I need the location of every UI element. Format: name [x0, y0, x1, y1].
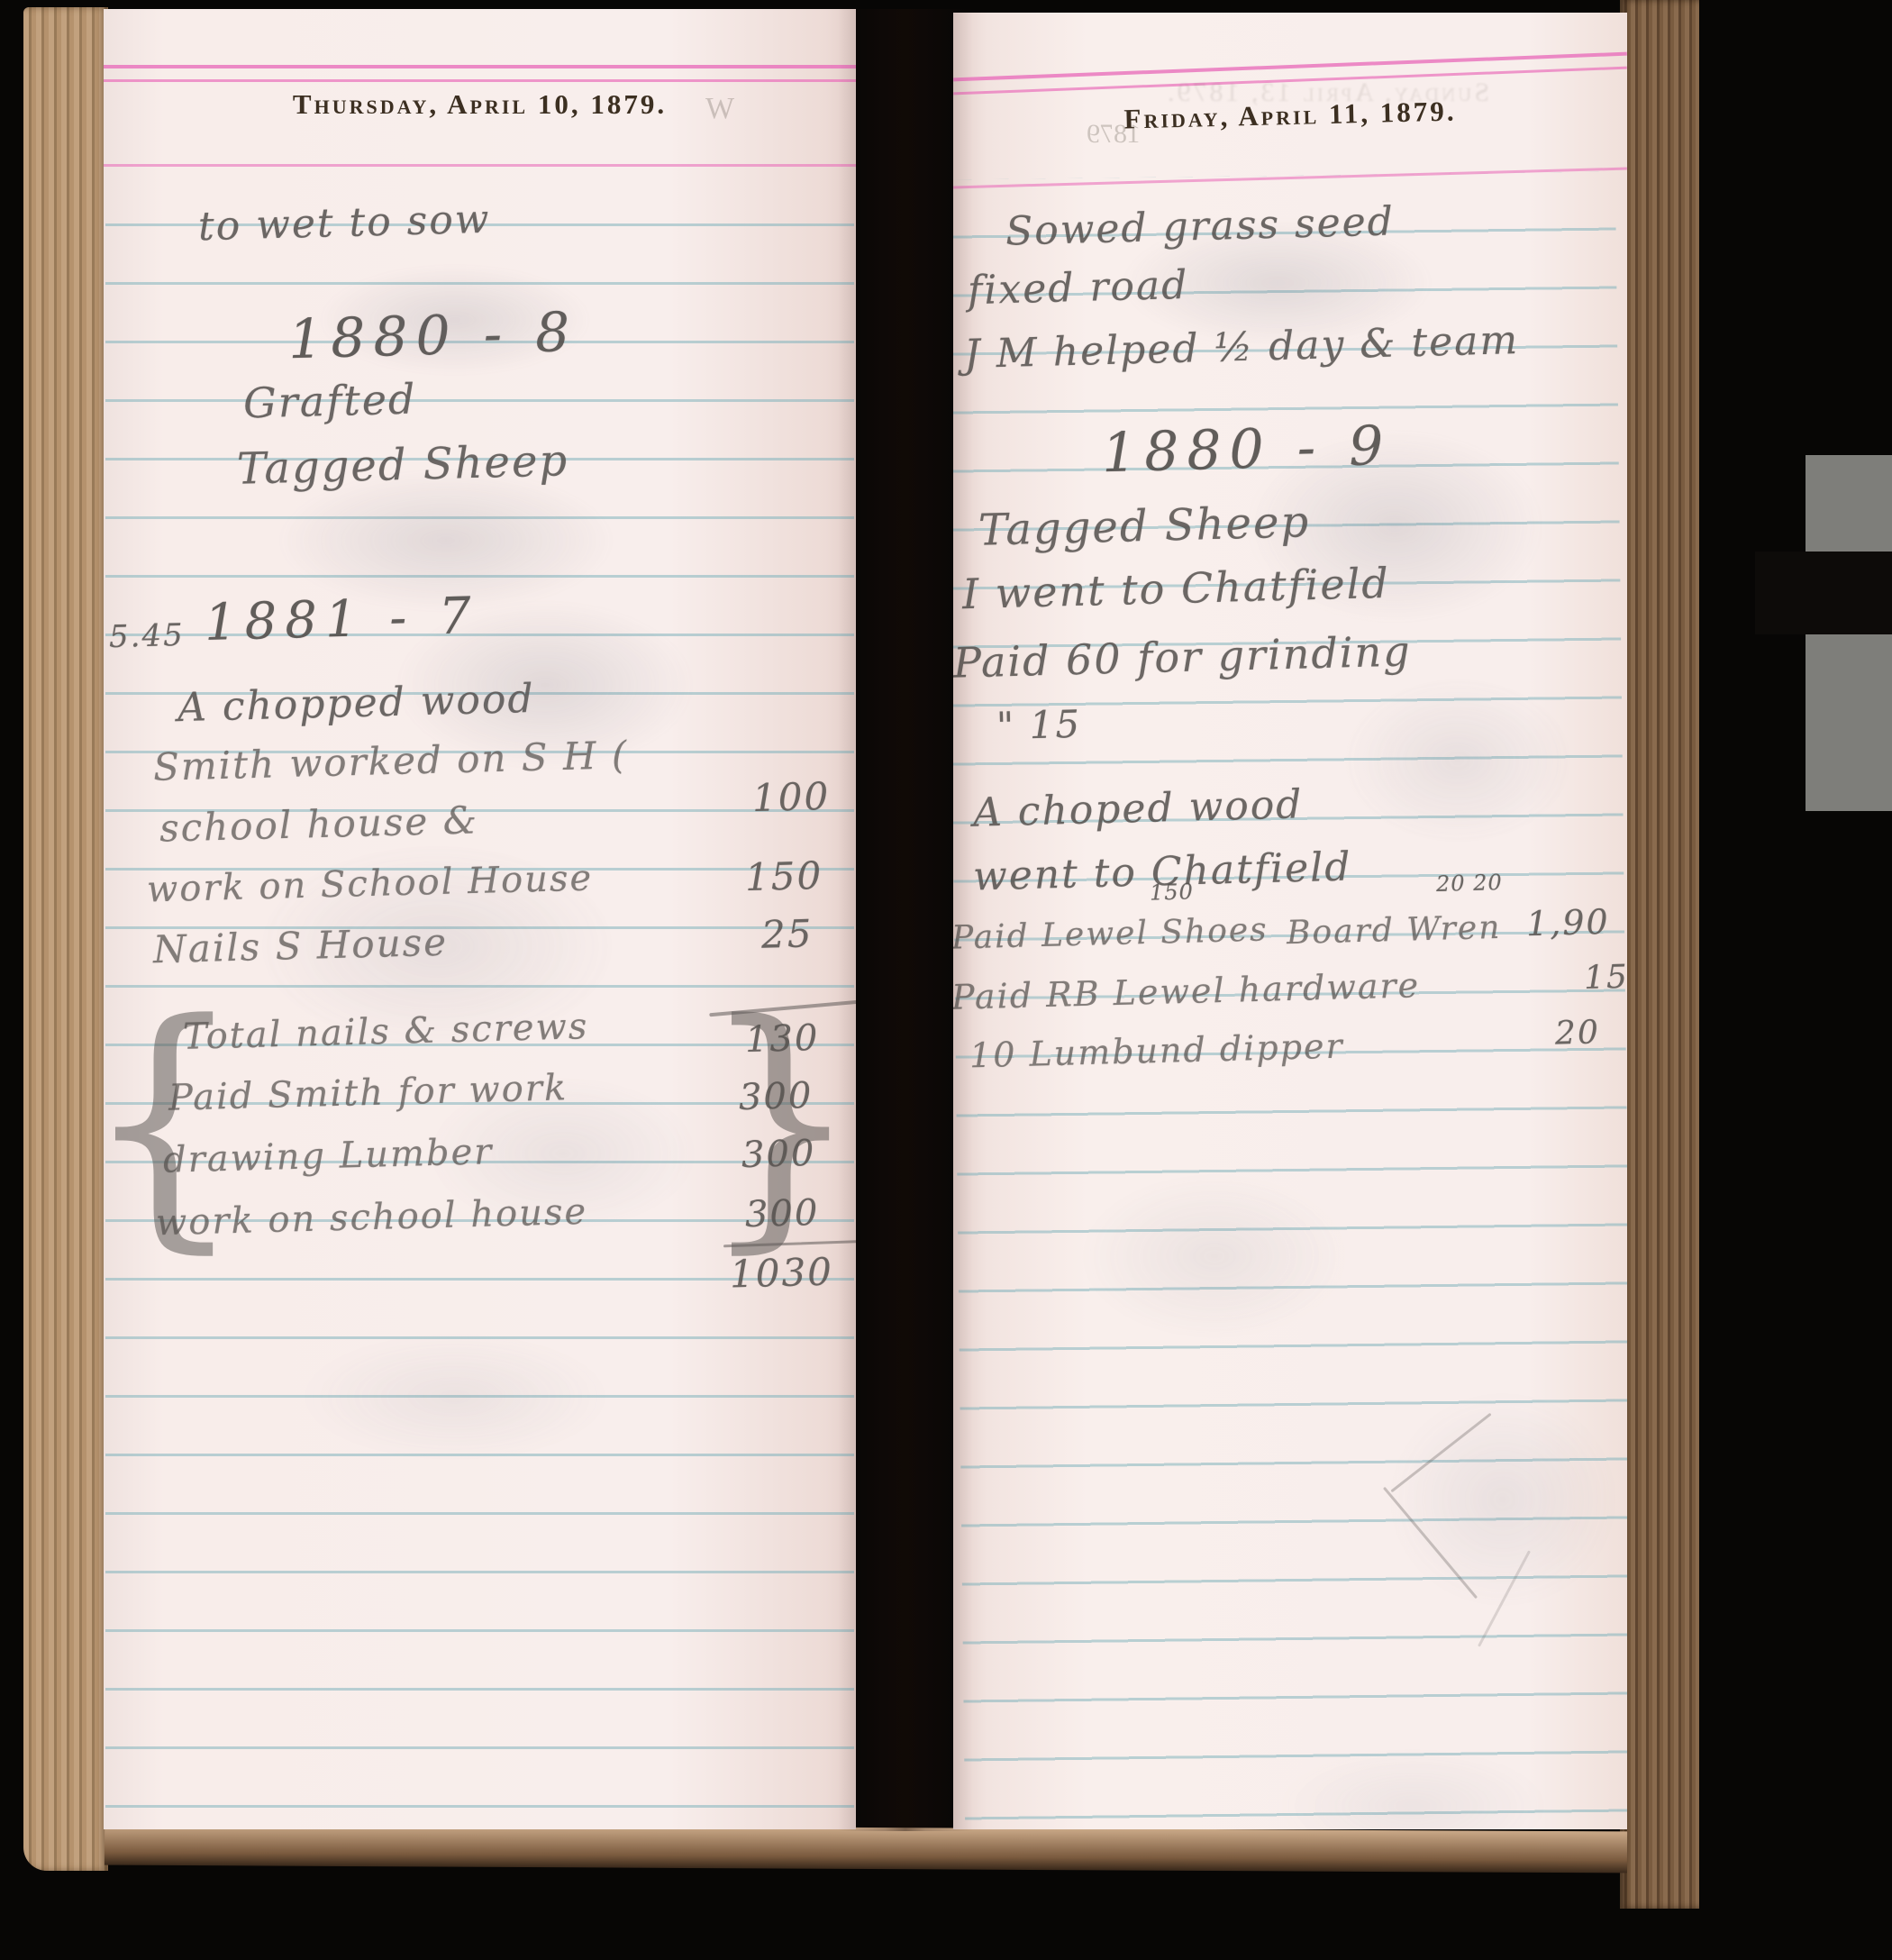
- ledger-amount: 130: [744, 1017, 820, 1061]
- pink-rule: [953, 52, 1627, 82]
- page-bottom-edge: [105, 1824, 1627, 1873]
- pink-rule: [104, 65, 856, 68]
- entry-line: A choped wood: [972, 781, 1304, 836]
- page-header-date: Friday, April 11, 1879.: [953, 91, 1627, 140]
- left-page: Thursday, April 10, 1879. W to wet to so…: [104, 9, 856, 1829]
- entry-amount: 25: [760, 911, 814, 956]
- entry-line: A chopped wood: [177, 676, 535, 731]
- right-page: Friday, April 11, 1879. 1879 Sunday, Apr…: [953, 13, 1627, 1829]
- entry-year: 1880 - 8: [287, 301, 578, 371]
- entry-line: Tagged Sheep: [978, 497, 1310, 556]
- entry-year: 1881 - 7: [204, 587, 479, 652]
- entry-line: school house &: [159, 798, 478, 850]
- entry-time: 5.45: [108, 617, 185, 655]
- expense-amount: 1,90: [1525, 902, 1610, 944]
- bookmark-tab: [1755, 552, 1892, 634]
- ledger-amount: 300: [741, 1133, 816, 1176]
- entry-amount: 150: [744, 853, 823, 899]
- expense-amount: 150: [1583, 958, 1627, 997]
- entry-line: Tagged Sheep: [236, 435, 569, 495]
- expense-amount: 20: [1554, 1014, 1600, 1052]
- ledger-item: drawing Lumber: [162, 1131, 493, 1181]
- entry-line: Grafted: [242, 374, 417, 427]
- page-edge-stack-left: [23, 7, 108, 1871]
- ledger-total: 1030: [729, 1250, 833, 1297]
- entry-line: fixed road: [967, 262, 1189, 314]
- entry-line: " 15: [996, 702, 1081, 748]
- ledger-amount: 300: [738, 1075, 814, 1118]
- page-header-date: Thursday, April 10, 1879.: [104, 88, 856, 121]
- expense-superscript: 150: [1150, 879, 1195, 905]
- page-edge-stack-right: [1620, 0, 1699, 1909]
- expense-text: Board Wren: [1287, 909, 1502, 952]
- pink-rule: [104, 79, 856, 82]
- entry-line: to wet to sow: [197, 196, 491, 250]
- pink-rule: [104, 164, 856, 167]
- entry-year: 1880 - 9: [1101, 415, 1392, 485]
- pink-rule: [953, 67, 1627, 96]
- entry-amount: 100: [751, 774, 830, 820]
- diary-scan: { "colors": { "page": "#f8eeec", "blue_r…: [0, 0, 1892, 1960]
- entry-line: Nails S House: [152, 920, 448, 972]
- expense-superscript: 20 20: [1436, 870, 1503, 897]
- ledger-amount: 300: [744, 1192, 820, 1235]
